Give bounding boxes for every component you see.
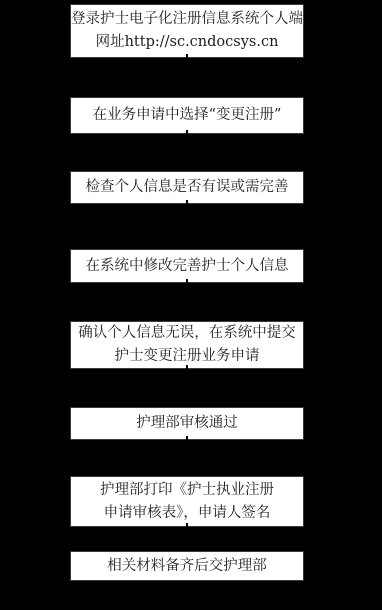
flow-step-text-line: 登录护士电子化注册信息系统个人端 — [71, 8, 303, 31]
flow-step-nursing-dept-approval: 护理部审核通过 — [70, 407, 304, 440]
flow-step-text-line: 护理部打印《护士执业注册 — [100, 479, 274, 502]
flow-step-check-personal-info: 检查个人信息是否有误或需完善 — [70, 171, 304, 204]
flow-step-text-line: 在业务申请中选择“变更注册” — [93, 104, 282, 127]
connector-arrow — [186, 440, 187, 476]
connector-arrow — [186, 283, 187, 321]
flow-step-submit-materials: 相关材料备齐后交护理部 — [70, 551, 304, 581]
connector-arrow — [186, 369, 187, 407]
flowchart-canvas: 登录护士电子化注册信息系统个人端 网址http://sc.cndocsys.cn… — [0, 0, 382, 610]
flow-step-url-line: 网址http://sc.cndocsys.cn — [96, 31, 279, 54]
flow-step-text-line: 确认个人信息无误，在系统中提交 — [78, 322, 296, 345]
flow-step-text-line: 在系统中修改完善护士个人信息 — [86, 255, 289, 278]
flow-step-text-line: 护理部审核通过 — [136, 412, 238, 435]
flow-step-text-line: 申请审核表》，申请人签名 — [104, 502, 271, 525]
connector-arrow — [186, 58, 187, 97]
flow-step-text-line: 检查个人信息是否有误或需完善 — [86, 176, 289, 199]
flow-step-modify-info: 在系统中修改完善护士个人信息 — [70, 249, 304, 283]
connector-arrow — [186, 527, 187, 551]
flow-step-print-review-form: 护理部打印《护士执业注册 申请审核表》，申请人签名 — [70, 476, 304, 527]
flow-step-login-system: 登录护士电子化注册信息系统个人端 网址http://sc.cndocsys.cn — [70, 4, 304, 58]
connector-arrow — [186, 204, 187, 249]
connector-arrow — [186, 134, 187, 171]
flow-step-select-change-registration: 在业务申请中选择“变更注册” — [70, 97, 304, 134]
flow-step-confirm-submit: 确认个人信息无误，在系统中提交 护士变更注册业务申请 — [70, 321, 304, 369]
flow-step-text-line: 相关材料备齐后交护理部 — [107, 555, 267, 578]
